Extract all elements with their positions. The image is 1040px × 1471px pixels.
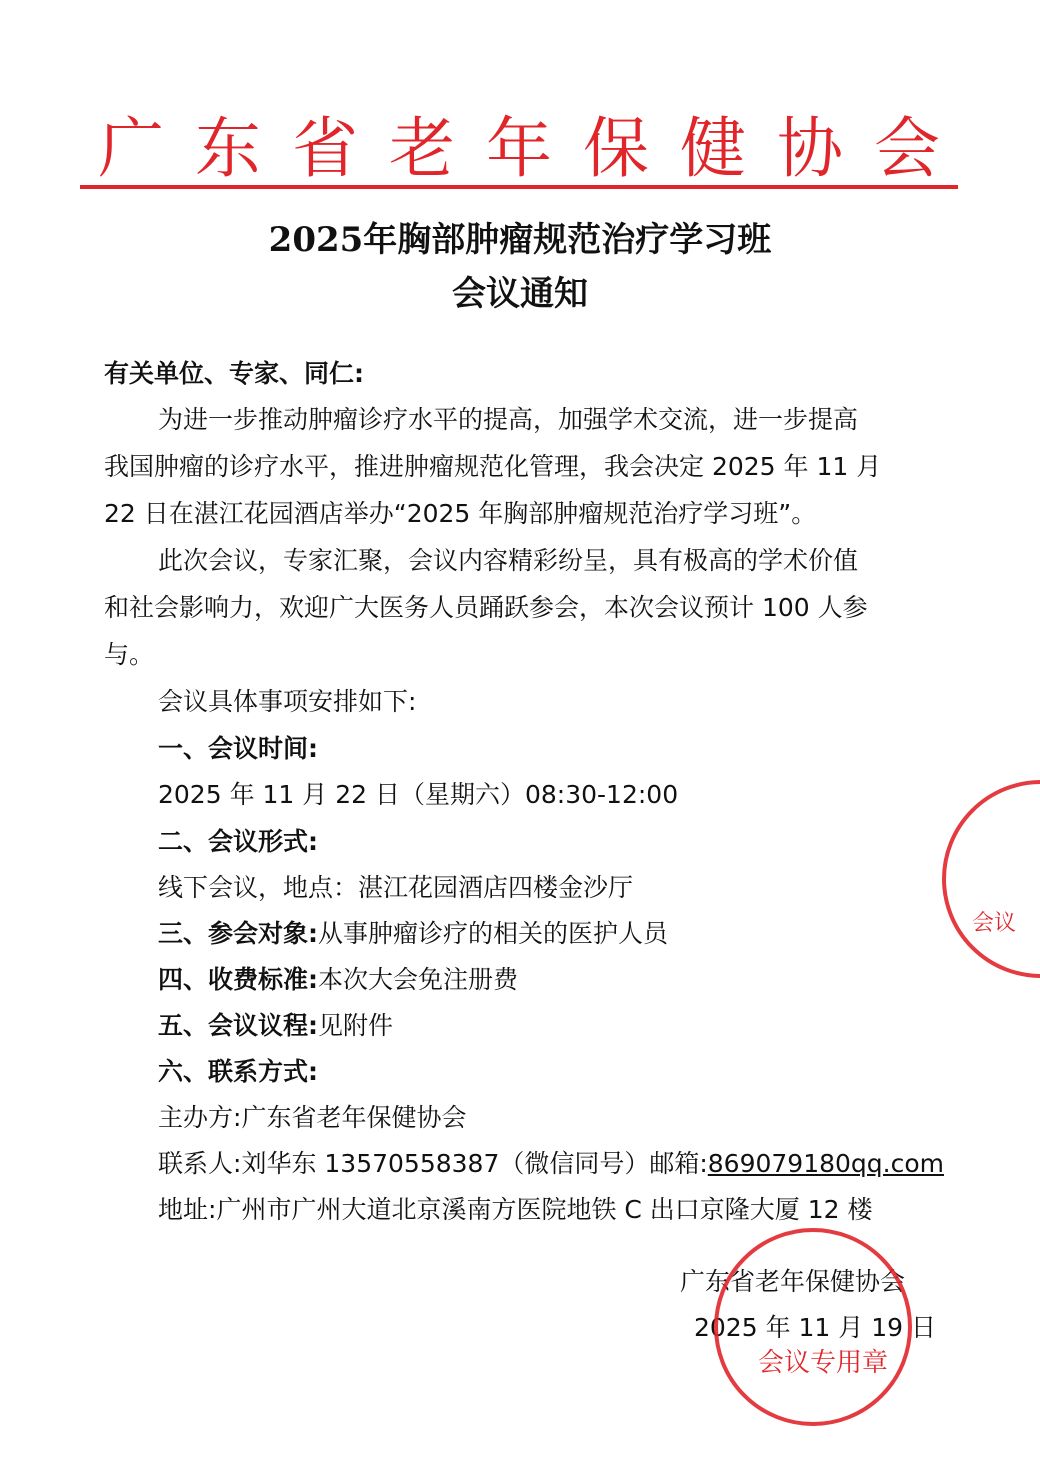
partial-seal-right-edge: [942, 780, 1040, 978]
contact-person-value: 刘华东 13570558387（微信同号）邮箱:: [241, 1149, 707, 1178]
paragraph-1-line-1: 为进一步推动肿瘤诊疗水平的提高，加强学术交流，进一步提高: [158, 404, 858, 436]
document-subtitle: 会议通知: [0, 272, 1040, 316]
letterhead-char: 会: [874, 112, 940, 186]
arrangement-intro: 会议具体事项安排如下:: [158, 686, 416, 718]
meeting-location: 线下会议，地点：湛江花园酒店四楼金沙厅: [158, 872, 633, 904]
letterhead-char: 年: [486, 112, 552, 186]
letterhead-char: 健: [680, 112, 746, 186]
letterhead-divider: [80, 185, 958, 189]
section-heading-contact: 六、联系方式:: [158, 1056, 318, 1088]
document-title: 2025年胸部肿瘤规范治疗学习班: [0, 218, 1040, 262]
section-heading-fee: 四、收费标准:: [158, 965, 318, 994]
letterhead-char: 广: [98, 112, 164, 186]
letterhead-char: 保: [583, 112, 649, 186]
section-audience: 三、参会对象:从事肿瘤诊疗的相关的医护人员: [158, 918, 668, 950]
fee-value: 本次大会免注册费: [318, 965, 518, 994]
agenda-value: 见附件: [318, 1011, 393, 1040]
partial-seal-text: 会议: [972, 906, 1016, 937]
audience-value: 从事肿瘤诊疗的相关的医护人员: [318, 919, 668, 948]
letterhead-char: 老: [389, 112, 455, 186]
section-heading-agenda: 五、会议议程:: [158, 1011, 318, 1040]
official-seal: [714, 1228, 912, 1426]
organizer-line: 主办方:广东省老年保健协会: [158, 1102, 466, 1134]
organizer-value: 广东省老年保健协会: [241, 1103, 466, 1132]
letterhead-char: 省: [292, 112, 358, 186]
letterhead-char: 协: [777, 112, 843, 186]
section-agenda: 五、会议议程:见附件: [158, 1010, 393, 1042]
address-line: 地址:广州市广州大道北京溪南方医院地铁 C 出口京隆大厦 12 楼: [158, 1194, 873, 1226]
organizer-label: 主办方:: [158, 1103, 241, 1132]
contact-person-label: 联系人:: [158, 1149, 241, 1178]
paragraph-1-line-3: 22 日在湛江花园酒店举办“2025 年胸部肿瘤规范治疗学习班”。: [104, 498, 816, 530]
paragraph-1-line-2: 我国肿瘤的诊疗水平，推进肿瘤规范化管理，我会决定 2025 年 11 月: [104, 451, 881, 483]
paragraph-2-line-3: 与。: [104, 639, 154, 671]
email-link[interactable]: 869079180qq.com: [708, 1149, 944, 1178]
contact-person-line: 联系人:刘华东 13570558387（微信同号）邮箱:869079180qq.…: [158, 1148, 944, 1180]
section-heading-time: 一、会议时间:: [158, 733, 318, 765]
paragraph-2-line-1: 此次会议，专家汇聚，会议内容精彩纷呈，具有极高的学术价值: [158, 545, 858, 577]
address-value: 广州市广州大道北京溪南方医院地铁 C 出口京隆大厦 12 楼: [216, 1195, 872, 1224]
section-fee: 四、收费标准:本次大会免注册费: [158, 964, 518, 996]
letterhead-organization: 广东省老年保健协会: [98, 112, 940, 186]
paragraph-2-line-2: 和社会影响力，欢迎广大医务人员踊跃参会，本次会议预计 100 人参: [104, 592, 868, 624]
salutation: 有关单位、专家、同仁:: [104, 358, 364, 390]
section-heading-format: 二、会议形式:: [158, 826, 318, 858]
letterhead-char: 东: [195, 112, 261, 186]
meeting-time: 2025 年 11 月 22 日（星期六）08:30-12:00: [158, 779, 678, 811]
section-heading-audience: 三、参会对象:: [158, 919, 318, 948]
seal-bottom-text: 会议专用章: [758, 1342, 888, 1379]
address-label: 地址:: [158, 1195, 216, 1224]
